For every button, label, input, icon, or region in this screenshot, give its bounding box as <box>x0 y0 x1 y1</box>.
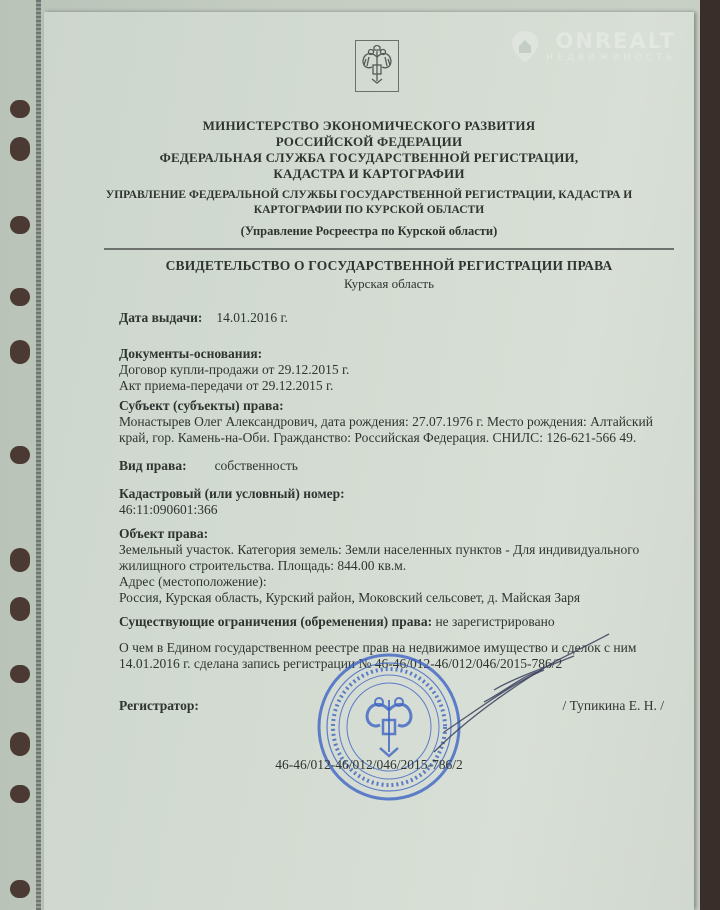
registrar-label: Регистратор: <box>119 698 199 713</box>
right-type-value: собственность <box>215 458 298 473</box>
registration-number: 46-46/012-46/012/046/2015-786/2 <box>44 757 694 773</box>
ministry-line: ФЕДЕРАЛЬНАЯ СЛУЖБА ГОСУДАРСТВЕННОЙ РЕГИС… <box>44 150 694 166</box>
punch-hole-icon <box>10 665 30 683</box>
issue-date-value: 14.01.2016 г. <box>216 310 288 325</box>
home-pin-icon <box>510 30 540 64</box>
subject-line: край, гор. Камень-на-Оби. Гражданство: Р… <box>119 430 664 446</box>
header-divider <box>104 248 674 250</box>
certificate-region: Курская область <box>104 276 674 292</box>
punch-hole-icon <box>10 340 30 364</box>
object-label: Объект права: <box>119 526 664 542</box>
onrealt-watermark: ONREALT НЕДВИЖИМОСТЬ <box>510 30 676 64</box>
sleeve-binding-strip <box>36 0 41 910</box>
right-type-row: Вид права:собственность <box>119 458 664 474</box>
punch-hole-icon <box>10 288 30 306</box>
document-item: Договор купли-продажи от 29.12.2015 г. <box>119 362 664 378</box>
punch-hole-icon <box>10 100 30 118</box>
cadastral-number: 46:11:090601:366 <box>119 502 664 518</box>
signature-icon <box>424 612 614 762</box>
certificate-title: СВИДЕТЕЛЬСТВО О ГОСУДАРСТВЕННОЙ РЕГИСТРА… <box>104 258 674 274</box>
cadastral-label: Кадастровый (или условный) номер: <box>119 486 664 502</box>
punch-hole-icon <box>10 880 30 898</box>
certificate-page: ONREALT НЕДВИЖИМОСТЬ МИНИСТЕРСТВО ЭКОНОМ… <box>44 12 694 910</box>
documents-label: Документы-основания: <box>119 346 664 362</box>
document-item: Акт приема-передачи от 29.12.2015 г. <box>119 378 664 394</box>
punch-hole-icon <box>10 446 30 464</box>
watermark-brand: ONREALT <box>556 30 676 52</box>
ministry-line: РОССИЙСКОЙ ФЕДЕРАЦИИ <box>44 134 694 150</box>
punch-hole-icon <box>10 548 30 572</box>
object-line: Земельный участок. Категория земель: Зем… <box>119 542 664 558</box>
department-header: УПРАВЛЕНИЕ ФЕДЕРАЛЬНОЙ СЛУЖБЫ ГОСУДАРСТВ… <box>44 188 694 218</box>
cadastral-section: Кадастровый (или условный) номер: 46:11:… <box>119 486 664 518</box>
right-type-label: Вид права: <box>119 458 187 473</box>
department-line: УПРАВЛЕНИЕ ФЕДЕРАЛЬНОЙ СЛУЖБЫ ГОСУДАРСТВ… <box>44 188 694 203</box>
ministry-line: КАДАСТРА И КАРТОГРАФИИ <box>44 166 694 182</box>
ministry-header: МИНИСТЕРСТВО ЭКОНОМИЧЕСКОГО РАЗВИТИЯ РОС… <box>44 118 694 182</box>
issue-date-label: Дата выдачи: <box>119 310 202 325</box>
punch-hole-icon <box>10 785 30 803</box>
subject-line: Монастырев Олег Александрович, дата рожд… <box>119 414 664 430</box>
ministry-line: МИНИСТЕРСТВО ЭКОНОМИЧЕСКОГО РАЗВИТИЯ <box>44 118 694 134</box>
documents-section: Документы-основания: Договор купли-прода… <box>119 346 664 394</box>
address-label: Адрес (местоположение): <box>119 574 664 590</box>
punch-hole-icon <box>10 732 30 756</box>
punch-hole-icon <box>10 597 30 621</box>
restrictions-label: Существующие ограничения (обременения) п… <box>119 614 432 629</box>
subject-section: Субъект (субъекты) права: Монастырев Оле… <box>119 398 664 446</box>
punch-hole-icon <box>10 216 30 234</box>
watermark-subtitle: НЕДВИЖИМОСТЬ <box>546 52 676 64</box>
punch-hole-icon <box>10 137 30 161</box>
double-headed-eagle-icon <box>355 40 399 92</box>
subject-label: Субъект (субъекты) права: <box>119 398 664 414</box>
address-value: Россия, Курская область, Курский район, … <box>119 590 664 606</box>
department-short-name: (Управление Росреестра по Курской област… <box>44 224 694 239</box>
object-section: Объект права: Земельный участок. Категор… <box>119 526 664 606</box>
object-line: жилищного строительства. Площадь: 844.00… <box>119 558 664 574</box>
issue-date-row: Дата выдачи:14.01.2016 г. <box>119 310 664 326</box>
department-line: КАРТОГРАФИИ ПО КУРСКОЙ ОБЛАСТИ <box>44 203 694 218</box>
